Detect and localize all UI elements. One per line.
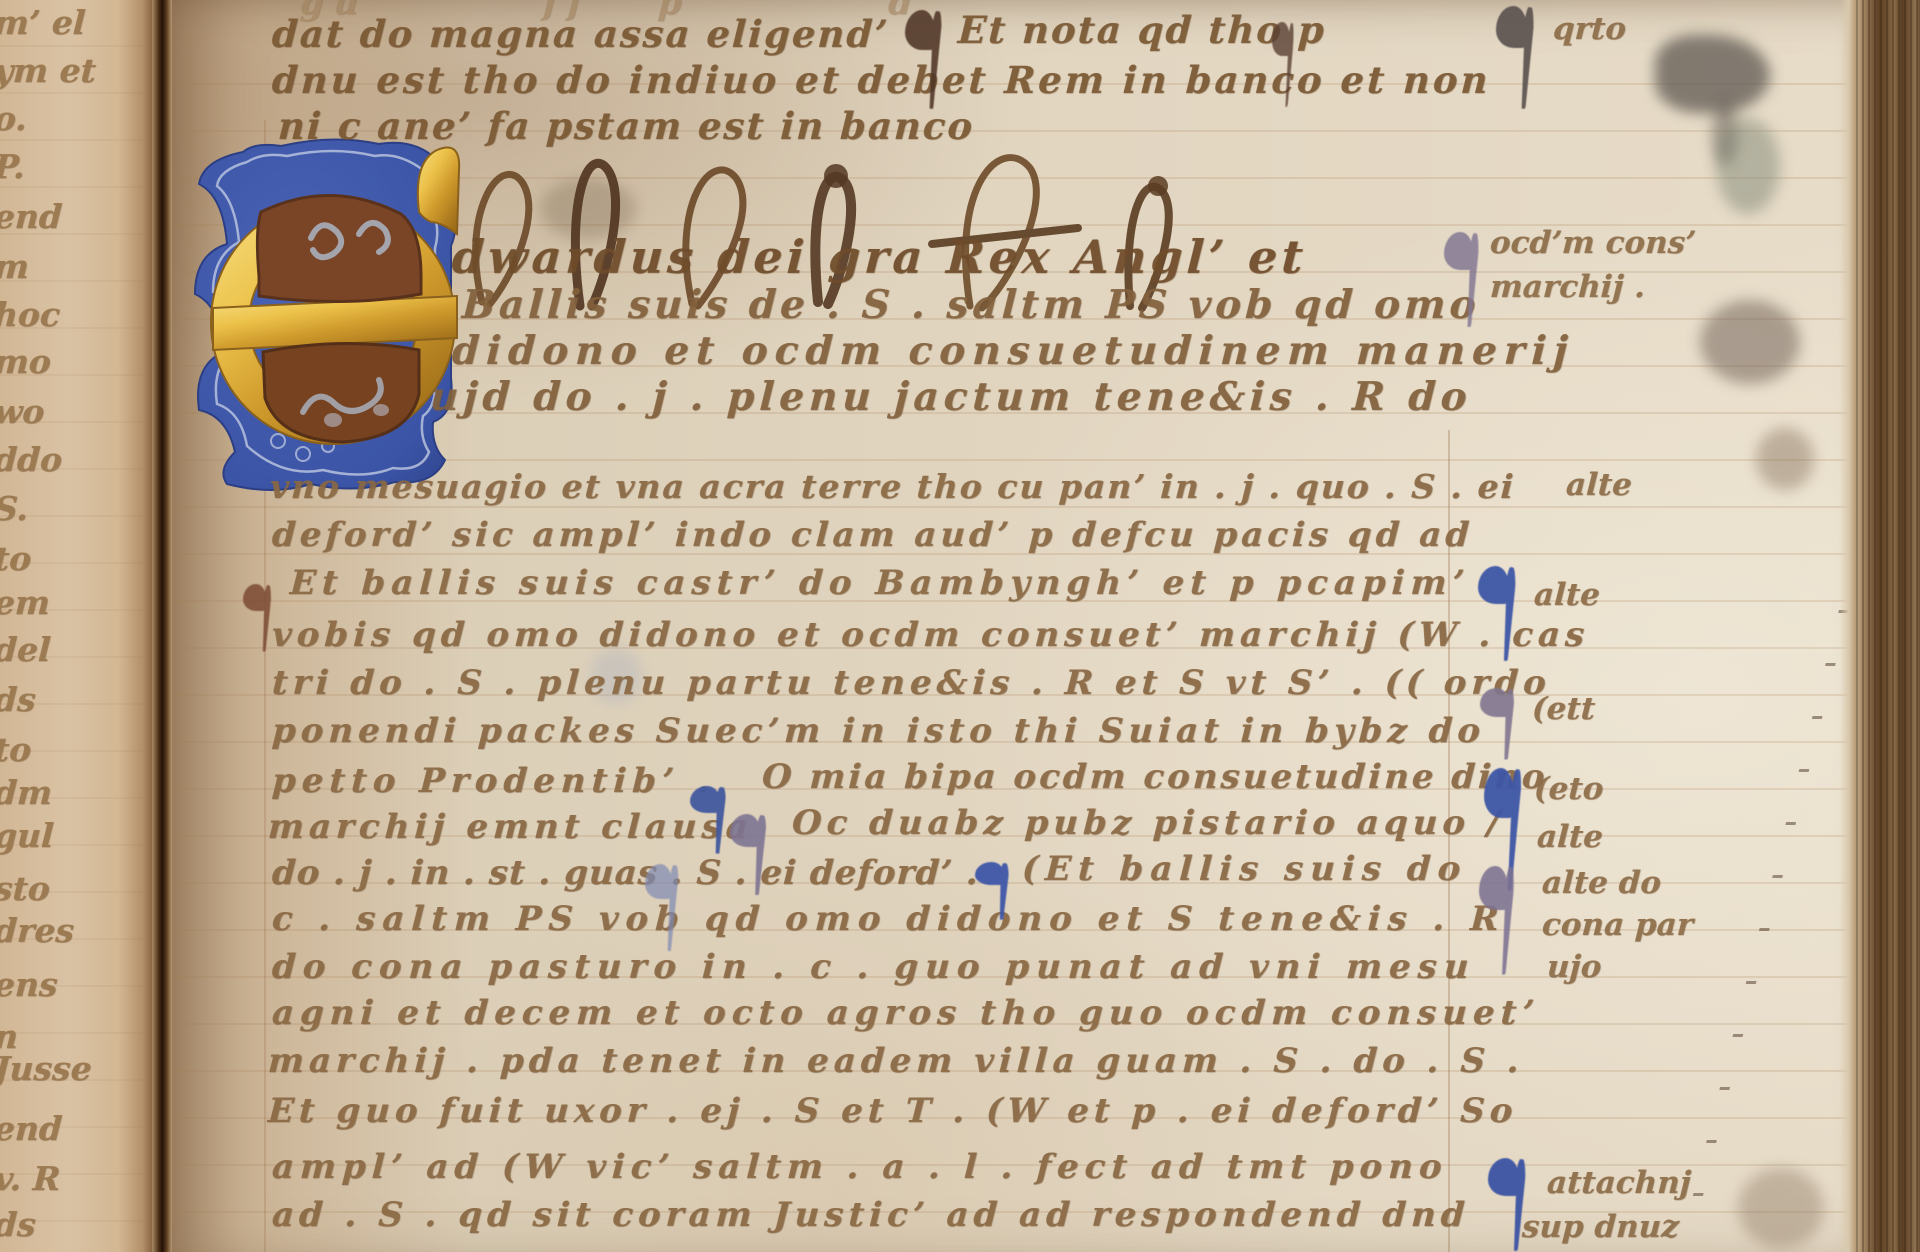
pilcrow-mark [975,862,1017,920]
text-line: do cona pasturo in . c . guo punat ad vn… [271,950,1476,984]
ink-smudge [1700,300,1800,384]
facing-page-fragment: em [0,586,51,619]
margin-note: alte [1533,580,1601,611]
text-line: petto Prodentib’ . [271,764,716,798]
ink-smudge [1756,428,1814,490]
margin-note: ujo [1546,952,1602,983]
text-line: vobis qd omo didono et ocdm consuet’ mar… [271,618,1590,652]
pilcrow-mark [1272,22,1298,108]
text-line: marchij emnt clausa [267,810,754,844]
margin-note: attachnj [1546,1168,1692,1199]
facing-page-fragment: del [0,633,51,666]
facing-page-fragment: m [0,250,30,283]
pilcrow-mark [243,584,277,652]
facing-page-fragment: ds [0,1208,37,1241]
text-line: (Et ballis suis do [1021,852,1468,886]
text-line: tri do . S . plenu partu tene&is . R et … [271,666,1552,700]
text-line: Et ballis suis castr’ do Bambyngh’ et p … [289,566,1471,600]
ink-smudge [1655,35,1770,113]
pilcrow-bowl [1478,566,1509,604]
text-line: Oc duabz pubz pistario aquo / [791,806,1505,840]
text-line: dnu est tho do indiuo et debet Rem in ba… [271,62,1491,99]
text-line: deford’ sic ampl’ indo clam aud’ p defcu… [271,518,1474,552]
facing-page-fragment: dm [0,776,53,809]
facing-page-fragment: sto [0,872,51,905]
facing-page-fragment: gul [0,819,54,852]
pilcrow-bowl [1479,866,1508,910]
facing-page-fragment: wo [0,395,45,428]
margin-note: cona par [1541,910,1694,941]
text-line: O mia bipa ocdm consuetudine dino [761,760,1548,794]
text-line: c . saltm PS vob qd omo didono et S tene… [271,902,1506,936]
facing-page-fragment: m’ el [0,6,86,39]
pilcrow-bowl [1272,22,1290,56]
text-line: ni c ane’ fa pstam est in banco [277,108,975,145]
facing-page-fragment: ddo [0,443,63,476]
manuscript-photo: m’ elym eto.P.endmhocmowoddoS.toemdeldst… [0,0,1920,1252]
facing-page-fragment: ds [0,683,37,716]
facing-page-strip: m’ elym eto.P.endmhocmowoddoS.toemdeldst… [0,0,152,1252]
text-line: ad . S . qd sit coram Justic’ ad ad resp… [271,1198,1470,1232]
margin-note: alte [1536,822,1604,853]
text-line: vno mesuagio et vna acra terre tho cu pa… [269,470,1516,503]
text-line: didono et ocdm consuetudinem manerij [451,332,1576,371]
page-edge-seam [1840,0,1856,1252]
pilcrow-mark [1480,688,1522,760]
margin-note: marchij . [1489,272,1646,303]
pilcrow-bowl [690,786,720,813]
facing-page-fragment: ens [0,968,58,1001]
pilcrow-mark [1479,866,1521,976]
pilcrow-mark [690,786,734,854]
pilcrow-mark [1444,232,1486,328]
facing-page-fragment: v. R [0,1162,61,1195]
margin-note: (eto [1533,774,1604,805]
pilcrow-bowl [645,864,672,899]
facing-page-fragment: dres [0,914,75,947]
margin-note: alte do [1541,868,1662,899]
facing-page-fragment: S. [0,492,29,525]
pilcrow-mark [1488,1158,1534,1252]
text-line: ampl’ ad (W vic’ saltm . a . l . fect ad… [271,1150,1448,1184]
pilcrow-bowl [1484,768,1514,818]
text-line: dwardus dei gra Rex Angl’ et [451,234,1308,280]
text-line: Ballis suis de . S . saltm PS vob qd omo [461,286,1481,325]
facing-page-fragment: ym et [0,54,97,87]
facing-page-fragment: hoc [0,298,61,331]
facing-page-fragment: to [0,733,32,766]
pilcrow-mark [730,814,774,896]
text-line: Et guo fuit uxor . ej . S et T . (W et p… [267,1094,1518,1128]
margin-note: ocd’m cons’ [1489,228,1697,259]
book-gutter [152,0,172,1252]
pilcrow-bowl [975,862,1004,885]
margin-note: alte [1565,470,1633,501]
pilcrow-mark [905,10,949,110]
margin-note: qrto [1552,14,1627,45]
text-line: ujd do . j . plenu jactum tene&is . R do [429,378,1473,417]
facing-page-fragment: Jusse [0,1052,93,1085]
ink-smudge [1716,118,1780,214]
facing-page-fragment: mo [0,345,52,378]
pilcrow-bowl [1496,6,1527,48]
pilcrow-bowl [730,814,760,847]
text-line: agni et decem et octo agros tho guo ocdm… [271,996,1541,1030]
facing-page-fragment: end [0,200,63,233]
pilcrow-bowl [1480,688,1509,717]
ink-smudge [1738,1168,1824,1248]
pilcrow-mark [645,864,685,952]
pilcrow-bowl [1488,1158,1519,1196]
text-line: marchij . pda tenet in eadem villa guam … [267,1044,1524,1078]
margin-note: sup dnuz [1521,1212,1679,1243]
facing-page-fragment: to [0,542,32,575]
facing-page-fragment: o. [0,102,28,135]
facing-page-fragment: end [0,1112,63,1145]
pilcrow-bowl [243,584,266,611]
text-line: ponendi packes Suec’m in isto thi Suiat … [271,714,1486,748]
facing-page-fragment: P. [0,150,26,183]
text-line: dat do magna assa eligend’ [271,16,890,53]
pilcrow-bowl [905,10,935,50]
text-line: do . j . in . st . guas . S . ei deford’… [271,856,980,890]
pilcrow-mark [1496,6,1542,110]
margin-note: (ett [1531,694,1596,725]
pilcrow-bowl [1444,232,1473,270]
initial-inner-panel-bottom [263,343,419,442]
pilcrow-mark [1478,566,1524,662]
book-fore-edge [1856,0,1920,1252]
